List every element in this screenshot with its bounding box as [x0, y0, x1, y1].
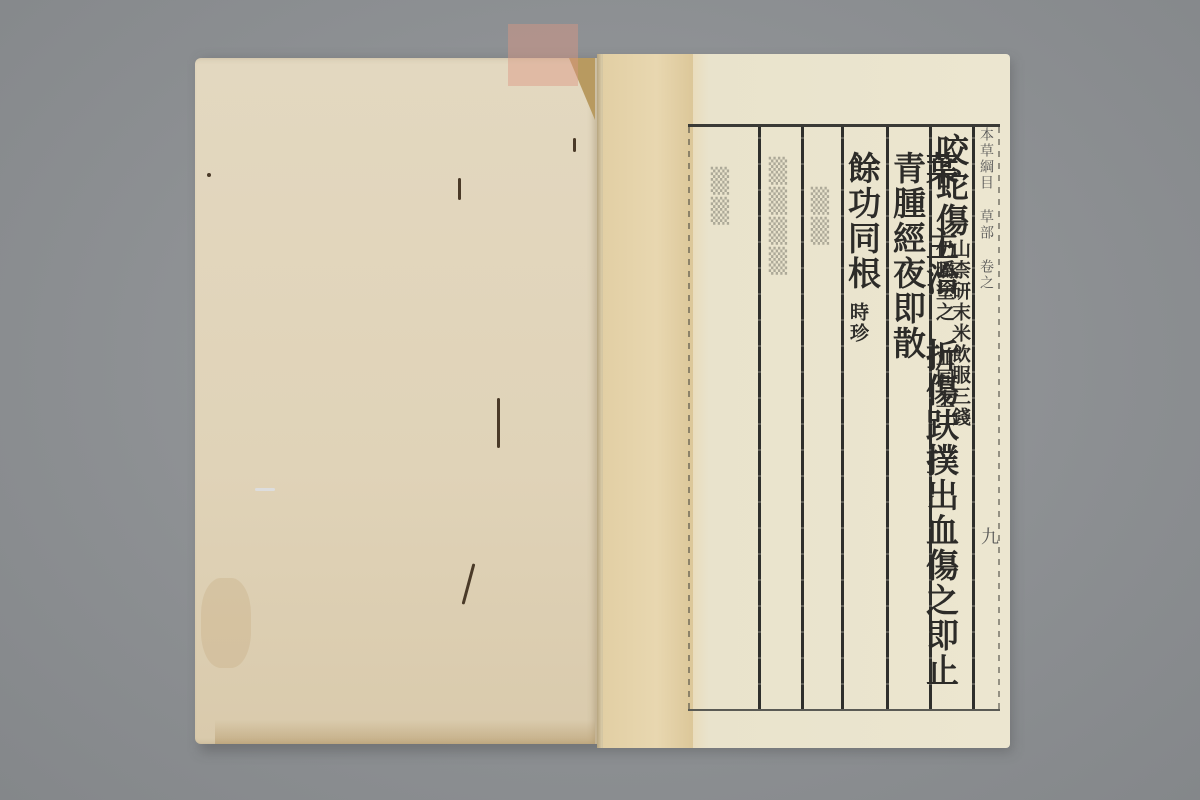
column-note-3: 時珍 [848, 302, 867, 344]
wormhole-mark [462, 563, 476, 604]
wormhole-mark [255, 488, 275, 491]
wormhole-mark [573, 138, 576, 152]
column-text-3: 餘功同根 [846, 151, 879, 291]
column-text-1: 咬蛇傷 [934, 133, 967, 238]
margin-header: 本草綱目 草部 卷之 [979, 127, 993, 291]
column-rule [688, 127, 690, 709]
column-rule [801, 127, 804, 709]
bleed-through-text: ▒▒ [708, 167, 732, 227]
margin-folio: 九 [979, 527, 997, 547]
bleed-through-text: ▒▒ [808, 187, 832, 247]
wormhole-mark [458, 178, 461, 200]
column-rule [998, 127, 1000, 709]
printed-frame: ▒▒ ▒▒▒▒ ▒▒ 餘功同根 時珍 葉 主治 折傷趺撲出血傷之即止青腫經夜即散… [688, 124, 1000, 711]
right-printed-leaf: ▒▒ ▒▒▒▒ ▒▒ 餘功同根 時珍 葉 主治 折傷趺撲出血傷之即止青腫經夜即散… [603, 54, 1010, 748]
column-rule [758, 127, 761, 709]
column-rule [972, 127, 975, 709]
open-book: ▒▒ ▒▒▒▒ ▒▒ 餘功同根 時珍 葉 主治 折傷趺撲出血傷之即止青腫經夜即散… [195, 54, 1010, 748]
wormhole-mark [497, 398, 500, 448]
wormhole-mark [207, 173, 211, 177]
left-blank-leaf [195, 58, 597, 744]
edge-wear [215, 720, 595, 744]
collector-seal [508, 24, 578, 86]
bleed-through-text: ▒▒▒▒ [766, 157, 790, 277]
column-note-1b: 仍嚼塗之 並同上 [934, 239, 953, 410]
water-stain [201, 578, 251, 668]
paper-repair-strip [603, 54, 693, 748]
